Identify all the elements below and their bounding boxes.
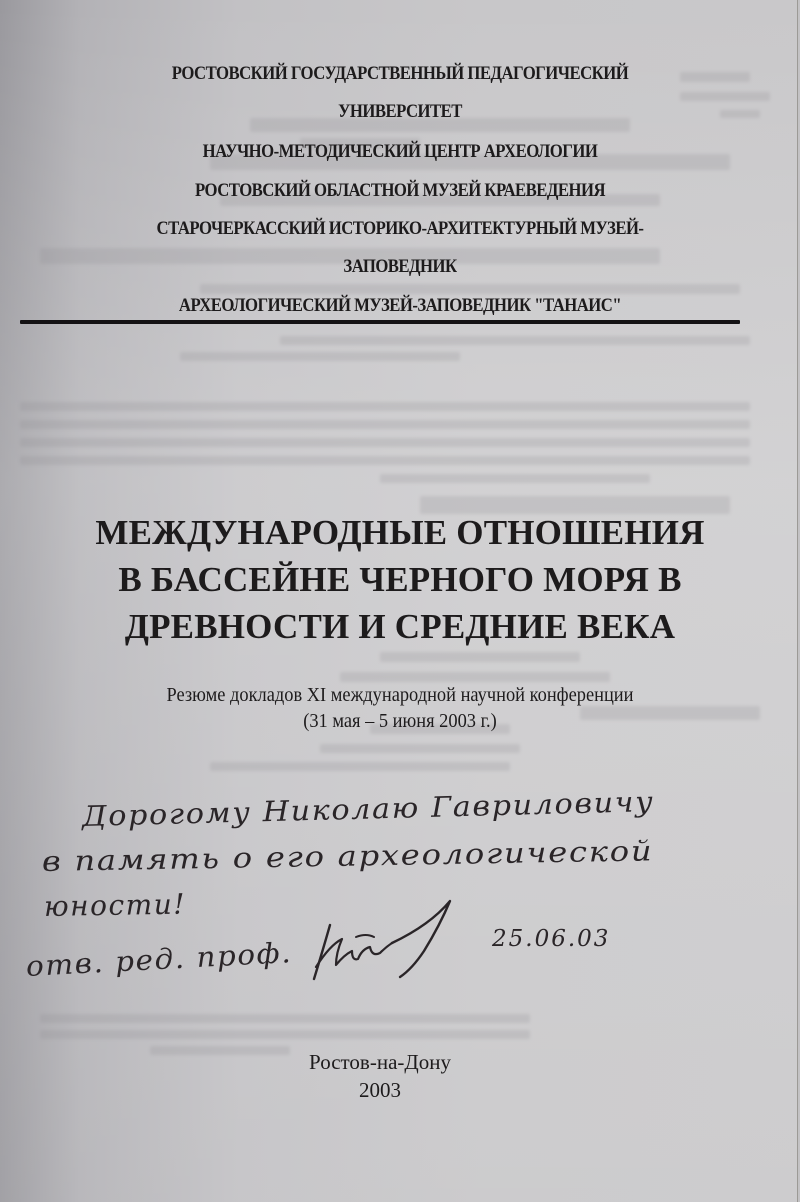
inscription-line: в память о его археологической [42, 834, 654, 878]
org-line: ЗАПОВЕДНИК [48, 256, 752, 278]
imprint-city: Ростов-на-Дону [0, 1050, 780, 1075]
title-line: МЕЖДУНАРОДНЫЕ ОТНОШЕНИЯ [0, 509, 800, 556]
org-line: УНИВЕРСИТЕТ [48, 101, 752, 123]
org-line: РОСТОВСКИЙ ГОСУДАРСТВЕННЫЙ ПЕДАГОГИЧЕСКИ… [48, 63, 752, 85]
signature-icon [300, 895, 480, 985]
imprint-year: 2003 [0, 1078, 780, 1103]
title-page: РОСТОВСКИЙ ГОСУДАРСТВЕННЫЙ ПЕДАГОГИЧЕСКИ… [0, 0, 798, 1202]
org-line: АРХЕОЛОГИЧЕСКИЙ МУЗЕЙ-ЗАПОВЕДНИК "ТАНАИС… [48, 295, 752, 317]
org-line: РОСТОВСКИЙ ОБЛАСТНОЙ МУЗЕЙ КРАЕВЕДЕНИЯ [48, 180, 752, 202]
inscription-signoff: отв. ред. проф. [25, 936, 293, 983]
header-rule-divider [20, 320, 740, 324]
inscription-line: юности! [44, 888, 187, 923]
inscription-line: Дорогому Николаю Гавриловичу [82, 785, 655, 833]
subtitle-line: Резюме докладов XI международной научной… [32, 684, 768, 707]
title-line: В БАССЕЙНЕ ЧЕРНОГО МОРЯ В [0, 556, 800, 603]
org-line: НАУЧНО-МЕТОДИЧЕСКИЙ ЦЕНТР АРХЕОЛОГИИ [48, 141, 752, 163]
title-line: ДРЕВНОСТИ И СРЕДНИЕ ВЕКА [0, 603, 800, 650]
subtitle-line: (31 мая – 5 июня 2003 г.) [32, 710, 768, 733]
inscription-date: 25.06.03 [492, 926, 610, 952]
org-line: СТАРОЧЕРКАССКИЙ ИСТОРИКО-АРХИТЕКТУРНЫЙ М… [48, 218, 752, 240]
